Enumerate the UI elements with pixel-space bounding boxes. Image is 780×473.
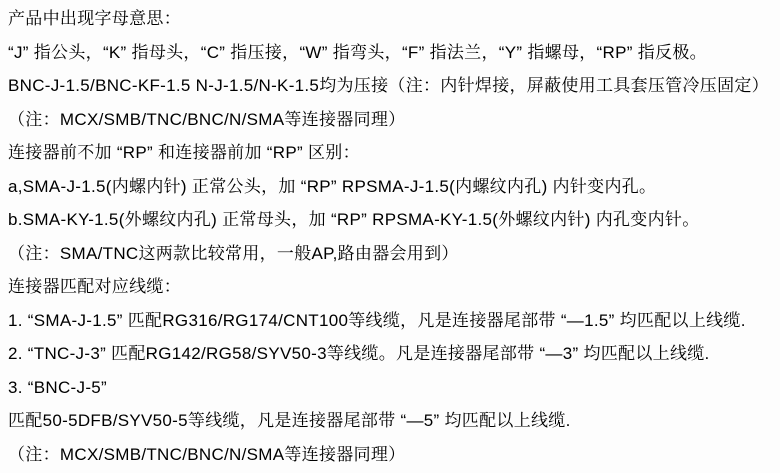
text-line-connector-series-note-footer: （注：MCX/SMB/TNC/BNC/N/SMA等连接器同理） [8,438,774,472]
product-letter-meaning-document: 产品中出现字母意思： “J” 指公头，“K” 指母头，“C” 指压接，“W” 指… [0,0,780,473]
text-line-cable-match-1: 1. “SMA-J-1.5” 匹配RG316/RG174/CNT100等线缆，凡… [8,304,774,338]
text-line-cable-match-3-continued: 匹配50-5DFB/SYV50-5等线缆，凡是连接器尾部带 “—5” 均匹配以上… [8,404,774,438]
text-line-cable-match-2: 2. “TNC-J-3” 匹配RG142/RG58/SYV50-3等线缆。凡是连… [8,337,774,371]
doc-heading-letter-meanings: 产品中出现字母意思： [8,2,774,36]
text-line-rp-case-b: b.SMA-KY-1.5(外螺纹内孔) 正常母头，加 “RP” RPSMA-KY… [8,203,774,237]
text-line-cable-match-3: 3. “BNC-J-5” [8,371,774,405]
doc-heading-rp-difference: 连接器前不加 “RP” 和连接器前加 “RP” 区别： [8,136,774,170]
text-line-crimp-note: BNC-J-1.5/BNC-KF-1.5 N-J-1.5/N-K-1.5均为压接… [8,69,774,103]
doc-heading-cable-matching: 连接器匹配对应线缆： [8,270,774,304]
text-line-connector-series-note: （注：MCX/SMB/TNC/BNC/N/SMA等连接器同理） [8,103,774,137]
text-line-letter-definitions: “J” 指公头，“K” 指母头，“C” 指压接，“W” 指弯头，“F” 指法兰，… [8,36,774,70]
text-line-rp-case-a: a,SMA-J-1.5(内螺内针) 正常公头，加 “RP” RPSMA-J-1.… [8,170,774,204]
text-line-sma-tnc-note: （注：SMA/TNC这两款比较常用，一般AP,路由器会用到） [8,237,774,271]
